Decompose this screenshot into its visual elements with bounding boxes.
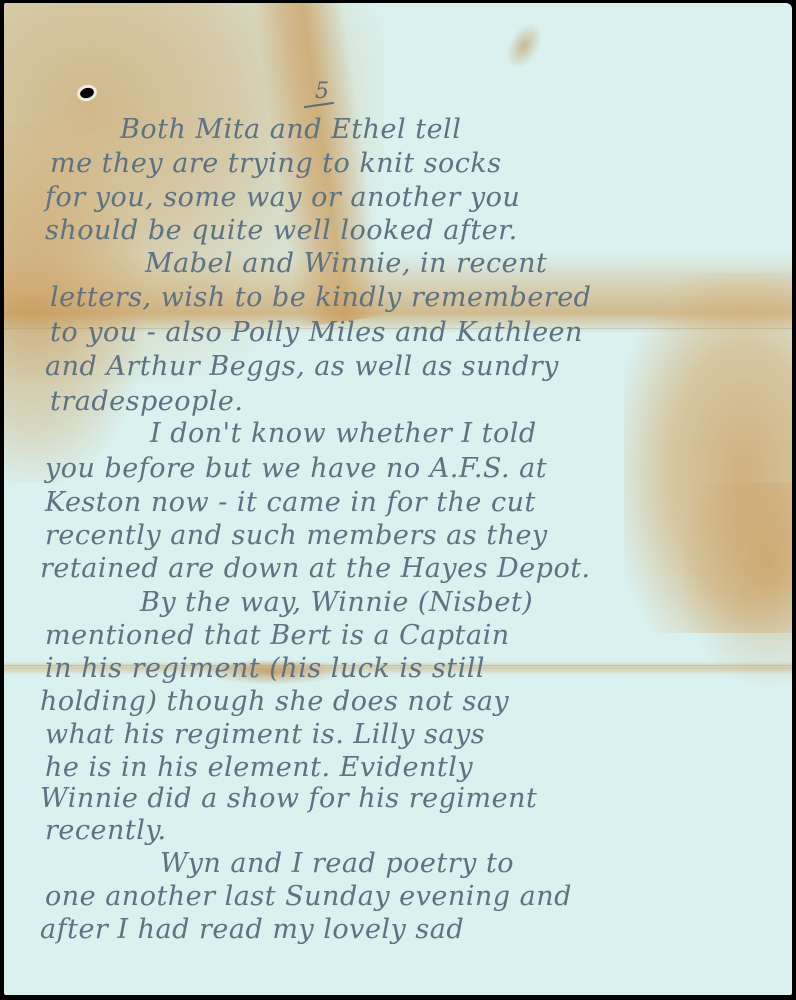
water-stain: [684, 483, 792, 683]
letter-line: Keston now - it came in for the cut: [45, 489, 536, 516]
page-number: 5: [315, 79, 329, 104]
letter-line: I don't know whether I told: [150, 420, 537, 447]
letter-line: after I had read my lovely sad: [40, 916, 464, 943]
letter-line: in his regiment (his luck is still: [45, 655, 485, 682]
letter-line: Wyn and I read poetry to: [160, 850, 514, 877]
letter-line: Winnie did a show for his regiment: [40, 785, 537, 812]
letter-line: holding) though she does not say: [40, 688, 509, 715]
letter-line: recently.: [45, 817, 167, 844]
letter-line: By the way, Winnie (Nisbet): [140, 589, 533, 616]
letter-line: me they are trying to knit socks: [50, 150, 502, 177]
punch-hole: [79, 86, 95, 99]
water-stain: [624, 273, 792, 633]
letter-line: for you, some way or another you: [45, 184, 520, 211]
letter-line: recently and such members as they: [45, 522, 548, 549]
letter-line: should be quite well looked after.: [45, 217, 518, 244]
letter-line: he is in his element. Evidently: [45, 754, 473, 781]
letter-line: retained are down at the Hayes Depot.: [40, 555, 591, 582]
letter-line: and Arthur Beggs, as well as sundry: [45, 353, 559, 380]
water-stain: [499, 17, 550, 75]
letter-line: you before but we have no A.F.S. at: [45, 455, 547, 482]
letter-line: Both Mita and Ethel tell: [120, 116, 461, 143]
letter-line: Mabel and Winnie, in recent: [145, 250, 547, 277]
letter-line: letters, wish to be kindly remembered: [50, 284, 591, 311]
letter-line: to you - also Polly Miles and Kathleen: [50, 319, 583, 346]
letter-line: mentioned that Bert is a Captain: [45, 622, 510, 649]
letter-page: 5 Both Mita and Ethel tellme they are tr…: [4, 3, 792, 995]
letter-line: tradespeople.: [50, 388, 243, 415]
letter-line: what his regiment is. Lilly says: [45, 721, 485, 748]
letter-line: one another last Sunday evening and: [45, 883, 572, 910]
